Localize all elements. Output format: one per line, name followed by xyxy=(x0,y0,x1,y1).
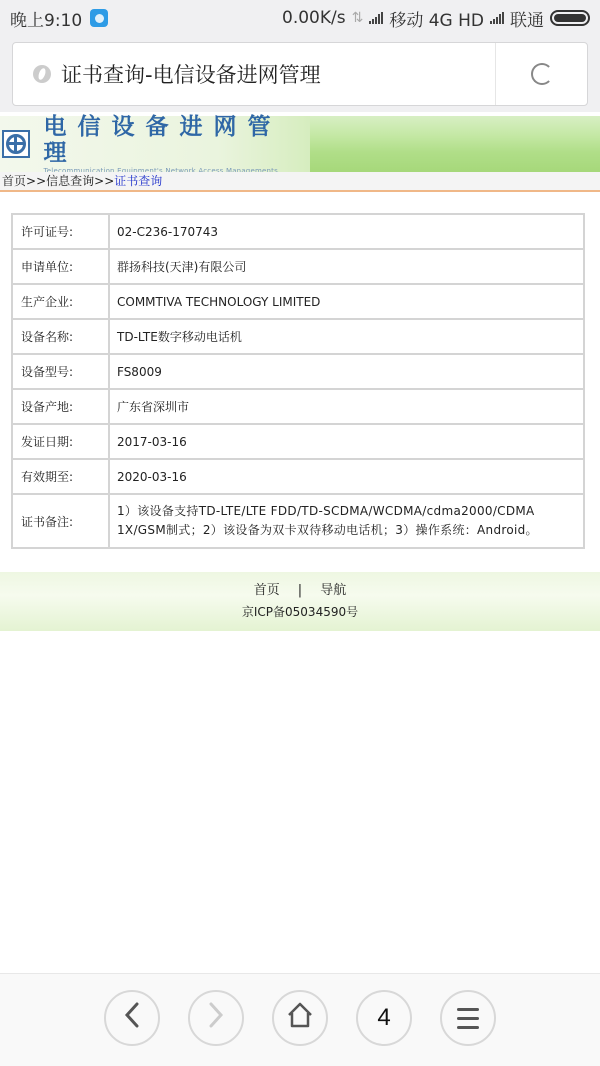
footer-divider: | xyxy=(298,582,302,600)
table-row: 设备名称: TD-LTE数字移动电话机 xyxy=(12,319,584,354)
browser-bottom-nav: 4 xyxy=(0,973,600,1066)
back-button[interactable] xyxy=(104,990,160,1046)
row-label: 设备型号: xyxy=(12,354,109,389)
breadcrumb-separator: >> xyxy=(26,174,46,188)
banner-title: 电信设备进网管理 xyxy=(44,114,310,166)
notification-app-icon xyxy=(90,9,108,27)
row-label: 设备产地: xyxy=(12,389,109,424)
clock: 晚上9:10 xyxy=(10,6,82,31)
footer-home-link[interactable]: 首页 xyxy=(254,582,280,600)
home-icon xyxy=(287,1002,313,1035)
hamburger-menu-icon xyxy=(457,1008,479,1029)
breadcrumb-home[interactable]: 首页 xyxy=(2,174,26,188)
row-label: 证书备注: xyxy=(12,494,109,548)
tab-count: 4 xyxy=(377,1004,390,1032)
row-label: 设备名称: xyxy=(12,319,109,354)
table-row: 生产企业: COMMTIVA TECHNOLOGY LIMITED xyxy=(12,284,584,319)
footer-nav-link[interactable]: 导航 xyxy=(320,582,346,600)
site-favicon-icon xyxy=(33,65,51,83)
signal-strength-icon xyxy=(369,12,383,24)
breadcrumb-info-query[interactable]: 信息查询 xyxy=(46,174,94,188)
device-origin: 广东省深圳市 xyxy=(109,389,584,424)
network-speed: 0.00K/s xyxy=(282,8,346,28)
breadcrumb-separator: >> xyxy=(94,174,114,188)
table-row: 证书备注: 1）该设备支持TD-LTE/LTE FDD/TD-SCDMA/WCD… xyxy=(12,494,584,548)
carrier-2: 联通 xyxy=(510,6,544,31)
table-row: 有效期至: 2020-03-16 xyxy=(12,459,584,494)
certificate-notes: 1）该设备支持TD-LTE/LTE FDD/TD-SCDMA/WCDMA/cdm… xyxy=(109,494,584,548)
breadcrumb-current: 证书查询 xyxy=(114,174,162,188)
battery-icon xyxy=(550,10,590,26)
table-row: 许可证号: 02-C236-170743 xyxy=(12,214,584,249)
row-label: 有效期至: xyxy=(12,459,109,494)
carrier-1: 移动 4G HD xyxy=(389,6,484,31)
row-label: 申请单位: xyxy=(12,249,109,284)
table-row: 设备型号: FS8009 xyxy=(12,354,584,389)
reload-button[interactable] xyxy=(495,43,587,105)
device-model: FS8009 xyxy=(109,354,584,389)
data-transfer-icon: ⇅ xyxy=(352,10,364,26)
row-label: 许可证号: xyxy=(12,214,109,249)
certificate-table: 许可证号: 02-C236-170743 申请单位: 群扬科技(天津)有限公司 … xyxy=(11,213,585,549)
menu-button[interactable] xyxy=(440,990,496,1046)
device-name: TD-LTE数字移动电话机 xyxy=(109,319,584,354)
table-row: 申请单位: 群扬科技(天津)有限公司 xyxy=(12,249,584,284)
reload-icon xyxy=(531,63,553,85)
forward-button[interactable] xyxy=(188,990,244,1046)
home-button[interactable] xyxy=(272,990,328,1046)
breadcrumb: 首页>>信息查询>>证书查询 xyxy=(0,172,600,192)
table-row: 发证日期: 2017-03-16 xyxy=(12,424,584,459)
row-label: 发证日期: xyxy=(12,424,109,459)
site-footer: 首页 | 导航 京ICP备05034590号 xyxy=(0,572,600,631)
signal-strength-icon xyxy=(490,12,504,24)
icp-license: 京ICP备05034590号 xyxy=(0,603,600,620)
site-logo-icon xyxy=(2,130,30,158)
browser-toolbar: 证书查询-电信设备进网管理 xyxy=(0,36,600,112)
table-row: 设备产地: 广东省深圳市 xyxy=(12,389,584,424)
chevron-left-icon xyxy=(124,1002,140,1035)
chevron-right-icon xyxy=(208,1002,224,1035)
row-label: 生产企业: xyxy=(12,284,109,319)
tabs-button[interactable]: 4 xyxy=(356,990,412,1046)
address-bar[interactable]: 证书查询-电信设备进网管理 xyxy=(12,42,588,106)
valid-until: 2020-03-16 xyxy=(109,459,584,494)
manufacturer: COMMTIVA TECHNOLOGY LIMITED xyxy=(109,284,584,319)
site-banner: 电信设备进网管理 Telecommunication Equipment's N… xyxy=(0,116,600,172)
issue-date: 2017-03-16 xyxy=(109,424,584,459)
applicant: 群扬科技(天津)有限公司 xyxy=(109,249,584,284)
page-title[interactable]: 证书查询-电信设备进网管理 xyxy=(61,59,495,89)
status-bar: 晚上9:10 0.00K/s ⇅ 移动 4G HD 联通 xyxy=(0,0,600,36)
license-number: 02-C236-170743 xyxy=(109,214,584,249)
